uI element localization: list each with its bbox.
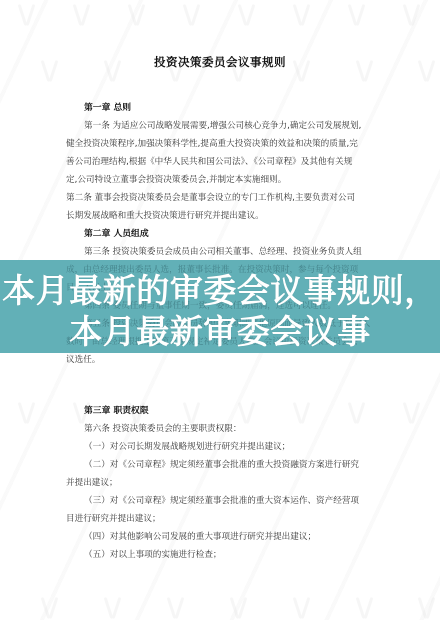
paragraph-line: 定,公司特设立董事会投资决策委员会,并制定本实施细则。 <box>66 174 386 186</box>
paragraph-line: 第一条 为适应公司战略发展需要,增强公司核心竞争力,确定公司发展规划, <box>84 120 404 132</box>
paragraph-line: 健全投资决策程序,加强决策科学性,提高重大投资决策的效益和决策的质量,完 <box>66 138 386 150</box>
document-title: 投资决策委员会议事规则 <box>0 54 440 70</box>
paragraph-line: 目进行研究并提出建议； <box>66 513 386 525</box>
paragraph-line: 第二条 董事会投资决策委员会是董事会设立的专门工作机构,主要负责对公司 <box>66 192 386 204</box>
paragraph-line: （五）对以上事项的实施进行检查； <box>84 549 404 561</box>
paragraph-line: 第三条 投资决策委员会成员由公司相关董事、总经理、投资业务负责人组 <box>84 246 404 258</box>
paragraph-line: （四）对其他影响公司发展的重大事项进行研究并提出建议； <box>84 531 404 543</box>
paragraph-line: 善公司治理结构,根据《中华人民共和国公司法》、《公司章程》及其他有关规 <box>66 156 386 168</box>
chapter-2-heading: 第二章 人员组成 <box>84 228 404 240</box>
chapter-1-heading: 第一章 总则 <box>84 102 404 114</box>
paragraph-line: 议选任。 <box>66 354 386 366</box>
paragraph-line: 第六条 投资决策委员会的主要职责权限： <box>84 423 404 435</box>
banner-headline: 本月最新的审委会议事规则，本月最新审委会议事 <box>0 270 440 352</box>
paragraph-line: 长期发展战略和重大投资决策进行研究并提出建议。 <box>66 210 386 222</box>
chapter-3-heading: 第三章 职责权限 <box>84 405 404 417</box>
paragraph-line: 并提出建议； <box>66 477 386 489</box>
paragraph-line: （三）对《公司章程》规定须经董事会批准的重大资本运作、资产经营项 <box>84 495 404 507</box>
paragraph-line: （二）对《公司章程》规定须经董事会批准的重大投资融资方案进行研究 <box>84 459 404 471</box>
title-banner: 成，由总经理提出委员人选，报董事长批准。在投资决策时，参与每个投资项 目三人以上… <box>0 260 440 353</box>
paragraph-line: （一）对公司长期发展战略规划进行研究并提出建议； <box>84 441 404 453</box>
